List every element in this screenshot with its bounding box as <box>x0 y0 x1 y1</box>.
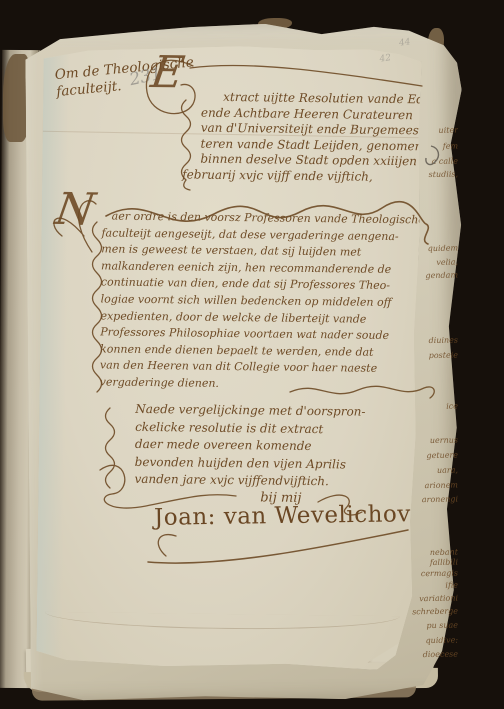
sheet-folio-number: 42 <box>379 53 392 65</box>
certification-paragraph: Naede vergelijckinge met d'oorspron-ckel… <box>134 401 427 492</box>
manuscript-photo: uiterfema callestudiis,quidemvelia,genda… <box>0 0 504 709</box>
under-page-text-fragment: quidive: <box>404 637 458 646</box>
under-page-text-fragment: variationi <box>404 595 458 604</box>
signature: Joan: van Wevelichoven <box>154 501 440 531</box>
manuscript-line: vergaderinge dienen. <box>100 374 442 395</box>
under-page-text-fragment: pu suae <box>404 622 458 631</box>
under-page-text-fragment: cermagis <box>404 570 458 579</box>
extract-heading-paragraph: xtract uijtte Resolutien vande Edeleende… <box>200 90 439 186</box>
decorated-initial-n: N <box>53 190 98 230</box>
under-page-text-fragment: aronengi <box>404 496 458 505</box>
under-page-text-fragment: nebant <box>404 549 458 558</box>
extract-sheet: Om de Theologische faculteijt. 231 42 E … <box>36 44 422 671</box>
under-page-text-fragment: schreberge <box>404 608 458 617</box>
decorated-initial-e: E <box>148 53 186 93</box>
under-page-text-fragment: ifie <box>404 582 458 591</box>
resolution-body-paragraph: aer ordre is den voorsz Professoren vand… <box>100 208 444 395</box>
manuscript-line: februarij xvjc vijff ende vijftich, <box>182 167 438 186</box>
bottom-crease <box>45 612 400 631</box>
manuscript-line: vanden jare xvjc vijffendvijftich. <box>134 471 426 492</box>
under-page-folio-number: 44 <box>398 37 411 48</box>
under-page-text-fragment: fallibili <box>404 559 458 568</box>
under-page-text-fragment: dioecese <box>404 651 458 660</box>
